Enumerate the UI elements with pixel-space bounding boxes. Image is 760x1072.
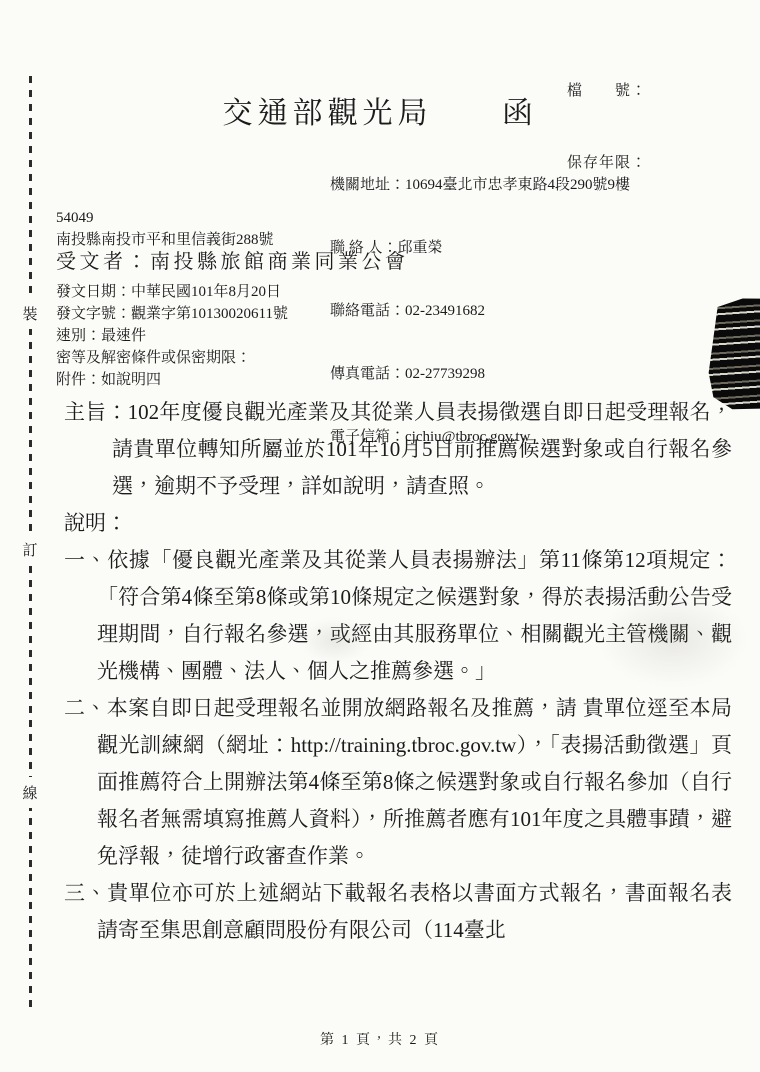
subject-paragraph: 主旨：102年度優良觀光產業及其從業人員表揚徵選自即日起受理報名，請貴單位轉知所…: [64, 394, 732, 505]
speed-class-line: 速別：最速件: [56, 325, 288, 347]
description-item-3: 三、貴單位亦可於上述網站下載報名表格以書面方式報名，書面報名表請寄至集思創意顧問…: [64, 875, 732, 949]
agency-address-line: 機關地址：10694臺北市忠孝東路4段290號9樓: [330, 175, 630, 196]
recipient-postal-code: 54049: [56, 210, 94, 227]
recipient-line: 受文者：南投縣旅館商業同業公會: [56, 245, 409, 274]
doc-number-line: 發文字號：觀業字第10130020611號: [56, 303, 288, 325]
issue-date-line: 發文日期：中華民國101年8月20日: [56, 281, 288, 303]
scan-smudge: [598, 592, 748, 687]
contact-phone-line: 聯絡電話：02-23491682: [330, 301, 630, 322]
binding-mark-zhuang: 裝: [19, 298, 41, 329]
attachment-line: 附件：如說明四: [56, 369, 288, 391]
security-class-line: 密等及解密條件或保密期限：: [56, 347, 288, 369]
subject-text: 102年度優良觀光產業及其從業人員表揚徵選自即日起受理報名，請貴單位轉知所屬並於…: [112, 400, 732, 498]
subject-label: 主旨：: [64, 400, 128, 424]
recipient-name: 南投縣旅館商業同業公會: [150, 251, 409, 273]
description-heading: 說明：: [64, 505, 732, 542]
binding-mark-xian: 線: [19, 777, 41, 808]
description-item-2: 二、本案自即日起受理報名並開放網路報名及推薦，請 貴單位逕至本局觀光訓練網（網址…: [64, 690, 732, 875]
scan-smudge: [300, 618, 370, 663]
issuance-meta-block: 發文日期：中華民國101年8月20日 發文字號：觀業字第10130020611號…: [56, 281, 288, 391]
fax-line: 傳真電話：02-27739298: [330, 364, 630, 385]
page-number-footer: 第 1 頁，共 2 頁: [0, 1029, 760, 1049]
document-title: 交通部觀光局 函: [0, 88, 760, 132]
scanned-letter-page: 檔 號： 保存年限： 交通部觀光局 函 機關地址：10694臺北市忠孝東路4段2…: [0, 0, 760, 1072]
recipient-label: 受文者：: [56, 251, 150, 273]
binding-mark-ding: 訂: [19, 534, 41, 565]
